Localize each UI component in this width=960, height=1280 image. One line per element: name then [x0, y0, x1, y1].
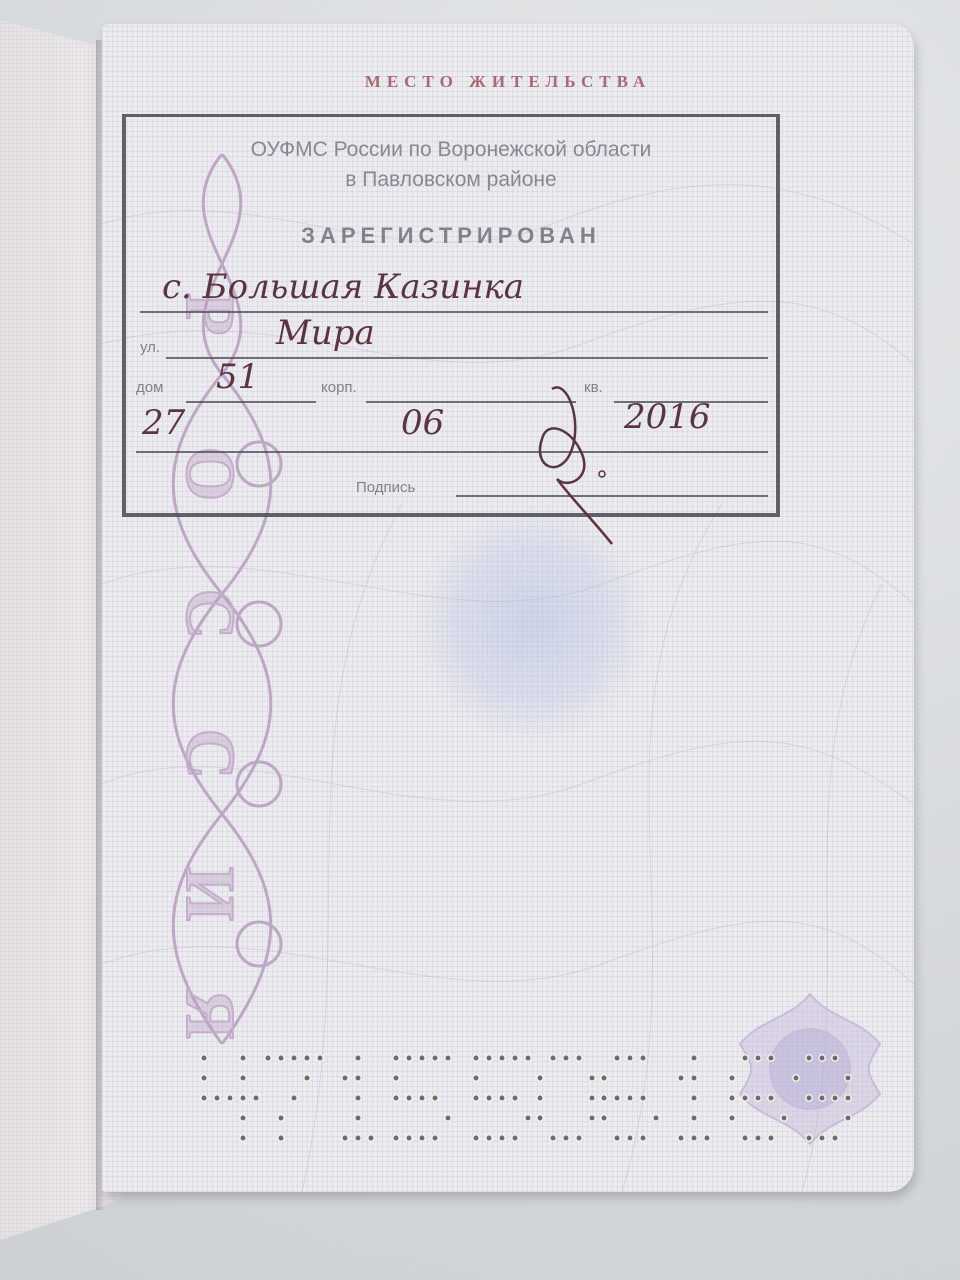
stamp-status: ЗАРЕГИСТРИРОВАН: [126, 223, 776, 249]
stamp-authority-line1: ОУФМС России по Воронежской области: [126, 135, 776, 165]
handwritten-date-month: 06: [401, 403, 444, 443]
svg-text:С: С: [171, 729, 248, 780]
svg-text:Я: Я: [171, 989, 248, 1040]
label-building: корп.: [321, 379, 357, 396]
label-signature: Подпись: [356, 479, 415, 496]
stamp-line-locality: [140, 311, 768, 313]
handwritten-house-number: 51: [216, 357, 259, 397]
stamp-line-house: [186, 401, 316, 403]
handwritten-date-day: 27: [142, 403, 185, 443]
perforated-serial-number: [194, 1044, 874, 1154]
handwritten-date-year: 2016: [624, 397, 711, 437]
stamp-authority-line2: в Павловском районе: [126, 165, 776, 195]
stamp-line-date: [136, 451, 768, 453]
page-heading: МЕСТО ЖИТЕЛЬСТВА: [102, 72, 914, 92]
officer-signature: [512, 379, 632, 549]
passport-residence-page: Р О С С И Я МЕСТО ЖИТЕЛЬСТВА ОУФМС Росси…: [102, 24, 914, 1192]
registration-stamp: ОУФМС России по Воронежской области в Па…: [122, 114, 780, 517]
label-house: дом: [136, 379, 163, 396]
stamp-authority: ОУФМС России по Воронежской области в Па…: [126, 135, 776, 195]
svg-text:И: И: [171, 867, 248, 921]
handwritten-street: Мира: [276, 313, 375, 353]
handwritten-locality: с. Большая Казинка: [162, 267, 524, 307]
svg-text:С: С: [171, 589, 248, 640]
label-street: ул.: [140, 339, 160, 356]
